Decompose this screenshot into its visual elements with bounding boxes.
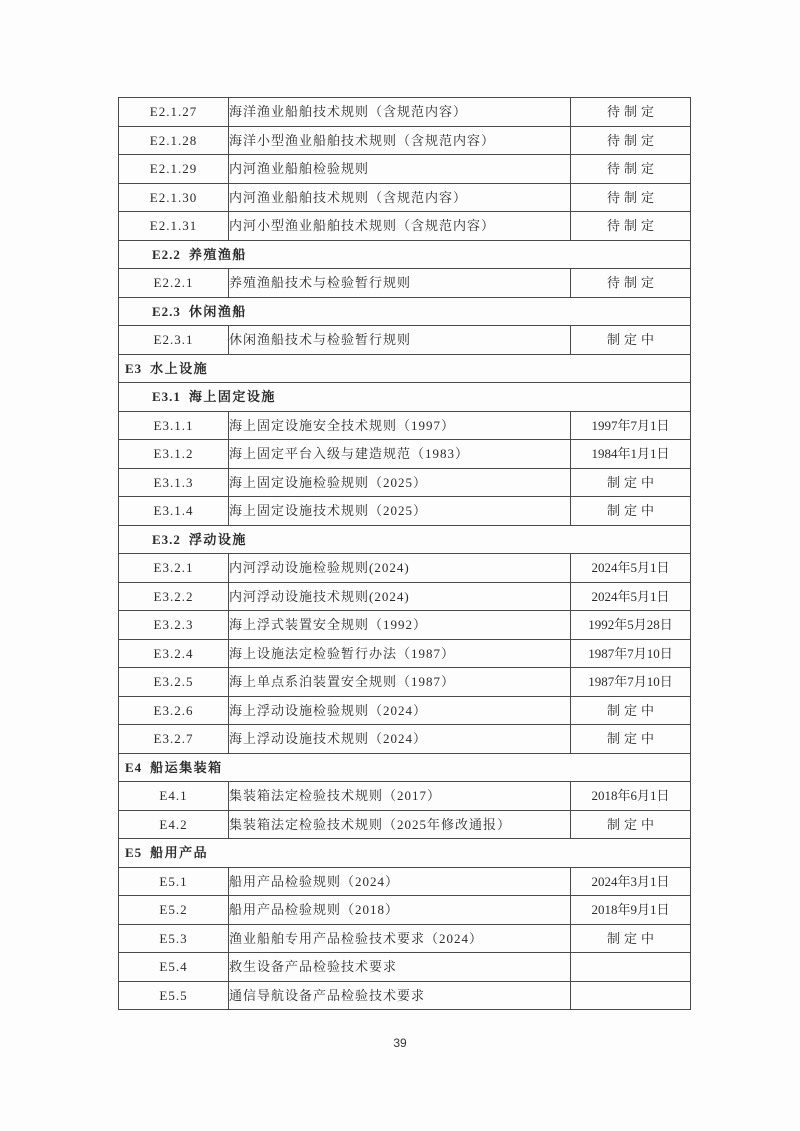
regulation-name-cell: 内河浮动设施检验规则(2024) <box>229 554 571 583</box>
table-row: E5.5通信导航设备产品检验技术要求 <box>119 981 691 1010</box>
status-cell: 制定中 <box>571 326 691 355</box>
regulation-name-cell: 船用产品检验规则（2018） <box>229 896 571 925</box>
status-cell: 2018年6月1日 <box>571 782 691 811</box>
row-number-cell: E5.5 <box>119 981 229 1010</box>
row-number-cell: E4.2 <box>119 810 229 839</box>
row-number-cell: E3.2.2 <box>119 582 229 611</box>
regulation-name-cell: 海洋小型渔业船舶技术规则（含规范内容） <box>229 126 571 155</box>
table-row: E3.2.1内河浮动设施检验规则(2024)2024年5月1日 <box>119 554 691 583</box>
section-title: 水上设施 <box>150 361 208 376</box>
row-number-cell: E3.1.1 <box>119 411 229 440</box>
section-header-cell: E3.1海上固定设施 <box>119 383 691 412</box>
row-number-cell: E5.2 <box>119 896 229 925</box>
status-cell: 1987年7月10日 <box>571 639 691 668</box>
status-cell: 待制定 <box>571 155 691 184</box>
status-cell: 待制定 <box>571 269 691 298</box>
status-cell: 制定中 <box>571 810 691 839</box>
regulation-name-cell: 通信导航设备产品检验技术要求 <box>229 981 571 1010</box>
section-header-cell: E3.2浮动设施 <box>119 525 691 554</box>
status-cell: 2024年5月1日 <box>571 582 691 611</box>
regulation-name-cell: 船用产品检验规则（2024） <box>229 867 571 896</box>
regulation-name-cell: 休闲渔船技术与检验暂行规则 <box>229 326 571 355</box>
table-row: E3.2.2内河浮动设施技术规则(2024)2024年5月1日 <box>119 582 691 611</box>
section-title: 船用产品 <box>150 845 208 860</box>
status-cell: 待制定 <box>571 183 691 212</box>
status-cell: 1992年5月28日 <box>571 611 691 640</box>
table-row: E5.3渔业船舶专用产品检验技术要求（2024）制定中 <box>119 924 691 953</box>
section-header-cell: E2.2养殖渔船 <box>119 240 691 269</box>
table-row: E2.1.28海洋小型渔业船舶技术规则（含规范内容）待制定 <box>119 126 691 155</box>
row-number-cell: E3.1.3 <box>119 468 229 497</box>
section-row: E3.2浮动设施 <box>119 525 691 554</box>
section-title: 海上固定设施 <box>189 389 276 404</box>
status-cell: 制定中 <box>571 497 691 526</box>
status-cell: 1984年1月1日 <box>571 440 691 469</box>
regulation-name-cell: 养殖渔船技术与检验暂行规则 <box>229 269 571 298</box>
status-cell: 制定中 <box>571 696 691 725</box>
section-row: E2.3休闲渔船 <box>119 297 691 326</box>
regulation-name-cell: 海上浮动设施检验规则（2024） <box>229 696 571 725</box>
status-cell: 制定中 <box>571 924 691 953</box>
status-cell: 2024年5月1日 <box>571 554 691 583</box>
table-row: E4.2集装箱法定检验技术规则（2025年修改通报）制定中 <box>119 810 691 839</box>
table-row: E2.3.1休闲渔船技术与检验暂行规则制定中 <box>119 326 691 355</box>
row-number-cell: E3.2.3 <box>119 611 229 640</box>
section-title: 养殖渔船 <box>189 247 247 262</box>
table-row: E3.2.7海上浮动设施技术规则（2024）制定中 <box>119 725 691 754</box>
section-header-cell: E5船用产品 <box>119 839 691 868</box>
section-row: E4船运集装箱 <box>119 753 691 782</box>
table-row: E2.1.29内河渔业船舶检验规则待制定 <box>119 155 691 184</box>
table-row: E2.1.27海洋渔业船舶技术规则（含规范内容）待制定 <box>119 98 691 127</box>
status-cell: 1997年7月1日 <box>571 411 691 440</box>
regulation-name-cell: 海上浮动设施技术规则（2024） <box>229 725 571 754</box>
section-row: E5船用产品 <box>119 839 691 868</box>
regulation-name-cell: 内河渔业船舶技术规则（含规范内容） <box>229 183 571 212</box>
row-number-cell: E2.1.31 <box>119 212 229 241</box>
table-row: E3.2.4海上设施法定检验暂行办法（1987）1987年7月10日 <box>119 639 691 668</box>
regulation-name-cell: 海上固定设施检验规则（2025） <box>229 468 571 497</box>
section-header-cell: E4船运集装箱 <box>119 753 691 782</box>
row-number-cell: E5.3 <box>119 924 229 953</box>
status-cell: 2024年3月1日 <box>571 867 691 896</box>
document-page: E2.1.27海洋渔业船舶技术规则（含规范内容）待制定E2.1.28海洋小型渔业… <box>0 0 800 1131</box>
table-row: E5.1船用产品检验规则（2024）2024年3月1日 <box>119 867 691 896</box>
regulation-name-cell: 海洋渔业船舶技术规则（含规范内容） <box>229 98 571 127</box>
row-number-cell: E2.1.30 <box>119 183 229 212</box>
table-row: E5.4救生设备产品检验技术要求 <box>119 953 691 982</box>
row-number-cell: E5.1 <box>119 867 229 896</box>
regulation-name-cell: 海上单点系泊装置安全规则（1987） <box>229 668 571 697</box>
table-row: E2.1.31内河小型渔业船舶技术规则（含规范内容）待制定 <box>119 212 691 241</box>
row-number-cell: E2.3.1 <box>119 326 229 355</box>
table-row: E3.1.3海上固定设施检验规则（2025）制定中 <box>119 468 691 497</box>
row-number-cell: E3.2.6 <box>119 696 229 725</box>
regulation-name-cell: 内河渔业船舶检验规则 <box>229 155 571 184</box>
section-title: 浮动设施 <box>189 532 247 547</box>
row-number-cell: E4.1 <box>119 782 229 811</box>
regulation-name-cell: 集装箱法定检验技术规则（2025年修改通报） <box>229 810 571 839</box>
regulation-name-cell: 海上浮式装置安全规则（1992） <box>229 611 571 640</box>
status-cell: 制定中 <box>571 468 691 497</box>
table-row: E5.2船用产品检验规则（2018）2018年9月1日 <box>119 896 691 925</box>
row-number-cell: E3.1.2 <box>119 440 229 469</box>
regulation-name-cell: 海上固定设施安全技术规则（1997） <box>229 411 571 440</box>
section-number: E3.2 <box>152 532 181 547</box>
section-row: E3水上设施 <box>119 354 691 383</box>
row-number-cell: E3.2.1 <box>119 554 229 583</box>
section-number: E5 <box>125 845 142 860</box>
row-number-cell: E2.2.1 <box>119 269 229 298</box>
regulation-name-cell: 海上固定设施技术规则（2025） <box>229 497 571 526</box>
regulation-name-cell: 内河浮动设施技术规则(2024) <box>229 582 571 611</box>
row-number-cell: E3.2.4 <box>119 639 229 668</box>
regulations-table: E2.1.27海洋渔业船舶技术规则（含规范内容）待制定E2.1.28海洋小型渔业… <box>118 97 691 1010</box>
row-number-cell: E3.1.4 <box>119 497 229 526</box>
regulation-name-cell: 渔业船舶专用产品检验技术要求（2024） <box>229 924 571 953</box>
section-row: E3.1海上固定设施 <box>119 383 691 412</box>
table-row: E3.1.4海上固定设施技术规则（2025）制定中 <box>119 497 691 526</box>
regulation-name-cell: 海上设施法定检验暂行办法（1987） <box>229 639 571 668</box>
status-cell: 制定中 <box>571 725 691 754</box>
status-cell: 1987年7月10日 <box>571 668 691 697</box>
table-row: E2.2.1养殖渔船技术与检验暂行规则待制定 <box>119 269 691 298</box>
section-header-cell: E2.3休闲渔船 <box>119 297 691 326</box>
status-cell: 待制定 <box>571 126 691 155</box>
status-cell <box>571 953 691 982</box>
regulation-name-cell: 内河小型渔业船舶技术规则（含规范内容） <box>229 212 571 241</box>
status-cell: 2018年9月1日 <box>571 896 691 925</box>
table-row: E3.2.5海上单点系泊装置安全规则（1987）1987年7月10日 <box>119 668 691 697</box>
table-row: E3.1.1海上固定设施安全技术规则（1997）1997年7月1日 <box>119 411 691 440</box>
table-row: E3.2.3海上浮式装置安全规则（1992）1992年5月28日 <box>119 611 691 640</box>
section-header-cell: E3水上设施 <box>119 354 691 383</box>
status-cell <box>571 981 691 1010</box>
row-number-cell: E3.2.7 <box>119 725 229 754</box>
row-number-cell: E2.1.27 <box>119 98 229 127</box>
section-title: 休闲渔船 <box>189 304 247 319</box>
section-row: E2.2养殖渔船 <box>119 240 691 269</box>
table-row: E3.1.2海上固定平台入级与建造规范（1983）1984年1月1日 <box>119 440 691 469</box>
regulation-name-cell: 海上固定平台入级与建造规范（1983） <box>229 440 571 469</box>
table-row: E2.1.30内河渔业船舶技术规则（含规范内容）待制定 <box>119 183 691 212</box>
status-cell: 待制定 <box>571 212 691 241</box>
status-cell: 待制定 <box>571 98 691 127</box>
section-number: E2.3 <box>152 304 181 319</box>
row-number-cell: E2.1.29 <box>119 155 229 184</box>
section-number: E3 <box>125 361 142 376</box>
row-number-cell: E5.4 <box>119 953 229 982</box>
section-number: E4 <box>125 760 142 775</box>
regulation-name-cell: 集装箱法定检验技术规则（2017） <box>229 782 571 811</box>
regulations-table-body: E2.1.27海洋渔业船舶技术规则（含规范内容）待制定E2.1.28海洋小型渔业… <box>119 98 691 1010</box>
table-row: E4.1集装箱法定检验技术规则（2017）2018年6月1日 <box>119 782 691 811</box>
regulation-name-cell: 救生设备产品检验技术要求 <box>229 953 571 982</box>
page-number: 39 <box>0 1036 800 1050</box>
section-number: E3.1 <box>152 389 181 404</box>
section-title: 船运集装箱 <box>150 760 223 775</box>
row-number-cell: E2.1.28 <box>119 126 229 155</box>
row-number-cell: E3.2.5 <box>119 668 229 697</box>
table-row: E3.2.6海上浮动设施检验规则（2024）制定中 <box>119 696 691 725</box>
section-number: E2.2 <box>152 247 181 262</box>
